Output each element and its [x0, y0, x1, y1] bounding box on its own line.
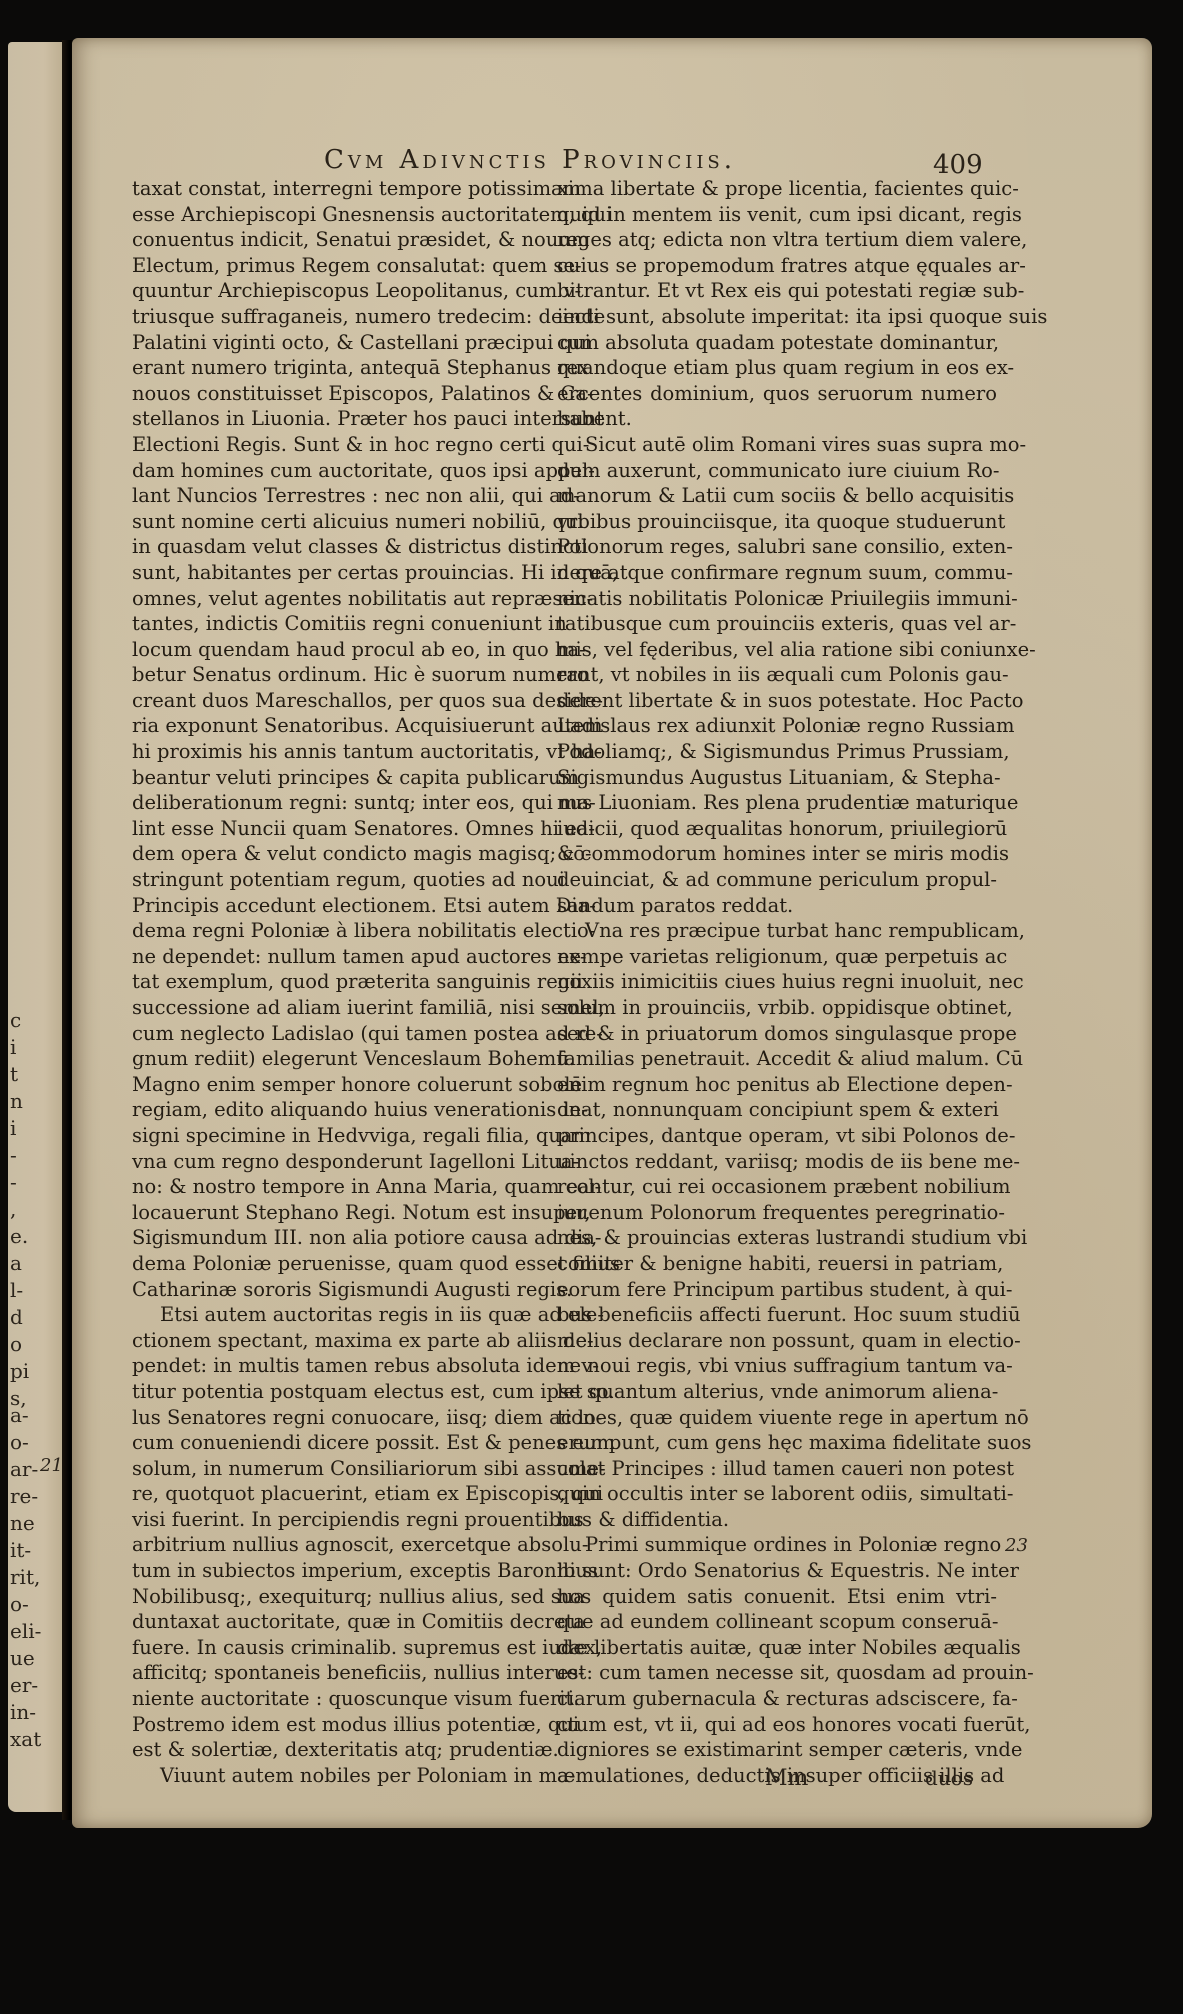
- text-line: nes, & prouincias exteras lustrandi stud…: [557, 1225, 997, 1251]
- text-line: derent libertate & in suos potestate. Ho…: [557, 688, 997, 714]
- text-line: reges atq; edicta non vltra tertium diem…: [557, 227, 997, 253]
- text-line: titur potentia postquam electus est, cum…: [132, 1379, 544, 1405]
- facing-page-fragment: o-: [10, 1432, 29, 1452]
- facing-page-fragment: rit,: [10, 1567, 40, 1587]
- text-line: tiones, quæ quidem viuente rege in apert…: [557, 1405, 997, 1431]
- text-line: duntaxat auctoritate, quæ in Comitiis de…: [132, 1609, 544, 1635]
- text-line: habent.: [557, 406, 997, 432]
- text-line: Sicut autē olim Romani vires suas supra …: [557, 432, 997, 458]
- facing-margin-note: 21: [40, 1455, 63, 1476]
- text-line: reantur, cui rei occasionem præbent nobi…: [557, 1174, 997, 1200]
- text-line: dema regni Poloniæ à libera nobilitatis …: [132, 918, 544, 944]
- text-line: quid in mentem iis venit, cum ipsi dican…: [557, 202, 997, 228]
- text-line: fuere. In causis criminalib. supremus es…: [132, 1635, 544, 1661]
- text-line: est & solertiæ, dexteritatis atq; pruden…: [132, 1737, 544, 1763]
- text-line: signi specimine in Hedvviga, regali fili…: [132, 1123, 544, 1149]
- text-line: vrbibus prouinciisque, ita quoque studue…: [557, 509, 997, 535]
- text-line: quin occultis inter se laborent odiis, s…: [557, 1481, 997, 1507]
- facing-page-fragment: it-: [10, 1540, 31, 1560]
- text-line: deliberationum regni: suntq; inter eos, …: [132, 790, 544, 816]
- text-line: Electum, primus Regem consalutat: quem s…: [132, 253, 544, 279]
- facing-page-fragment: re-: [10, 1486, 38, 1506]
- text-line: dema Poloniæ peruenisse, quam quod esset…: [132, 1251, 544, 1277]
- facing-page-fragment: ue: [10, 1648, 35, 1668]
- text-line: Electioni Regis. Sunt & in hoc regno cer…: [132, 432, 544, 458]
- text-line: tatibusque cum prouinciis exteris, quas …: [557, 611, 997, 637]
- text-line: triusque suffraganeis, numero tredecim: …: [132, 304, 544, 330]
- text-line: dæ libertatis auitæ, quæ inter Nobiles æ…: [557, 1635, 997, 1661]
- text-line: solum in prouinciis, vrbib. oppidisque o…: [557, 995, 997, 1021]
- facing-page-text-fragments: citni--,e.al-dopis,a-o-ar-re-neit-rit,o-…: [8, 42, 68, 1812]
- text-line: sed & in priuatorum domos singulasque pr…: [557, 1021, 997, 1047]
- text-line: re, quotquot placuerint, etiam ex Episco…: [132, 1481, 544, 1507]
- text-line: successione ad aliam iuerint familiā, ni…: [132, 995, 544, 1021]
- text-line: erant numero triginta, antequā Stephanus…: [132, 355, 544, 381]
- text-line: ctionem spectant, maxima ex parte ab ali…: [132, 1328, 544, 1354]
- text-line: pendet: in multis tamen rebus absoluta i…: [132, 1353, 544, 1379]
- text-line: omnes, velut agentes nobilitatis aut rep…: [132, 586, 544, 612]
- text-line: taxat constat, interregni tempore potiss…: [132, 176, 544, 202]
- text-line: nus Liuoniam. Res plena prudentiæ maturi…: [557, 790, 997, 816]
- running-title: Cvm Adivnctis Provinciis.: [230, 145, 830, 175]
- text-line: Etsi autem auctoritas regis in iis quæ a…: [132, 1302, 544, 1328]
- text-line: deuinciat, & ad commune periculum propul…: [557, 867, 997, 893]
- text-line: ria exponunt Senatoribus. Acquisiuerunt …: [132, 713, 544, 739]
- text-line: tantes, indictis Comitiis regni conueniu…: [132, 611, 544, 637]
- text-line: familias penetrauit. Accedit & aliud mal…: [557, 1046, 997, 1072]
- text-line: dum auxerunt, communicato iure ciuium Ro…: [557, 458, 997, 484]
- text-line: locum quendam haud procul ab eo, in quo …: [132, 637, 544, 663]
- text-line: erumpunt, cum gens hęc maxima fidelitate…: [557, 1430, 997, 1456]
- text-line: hi sunt: Ordo Senatorius & Equestris. Ne…: [557, 1558, 997, 1584]
- text-line: hi proximis his annis tantum auctoritati…: [132, 739, 544, 765]
- text-line: cum absoluta quadam potestate dominantur…: [557, 330, 997, 356]
- text-line: ercentes dominium, quos seruorum numero: [557, 381, 997, 407]
- left-text-column: taxat constat, interregni tempore potiss…: [132, 176, 544, 1788]
- facing-page-fragment: er-: [10, 1675, 38, 1695]
- text-line: enim regnum hoc penitus ab Electione dep…: [557, 1072, 997, 1098]
- text-line: stringunt potentiam regum, quoties ad no…: [132, 867, 544, 893]
- text-line: beantur veluti principes & capita public…: [132, 765, 544, 791]
- text-line: esse Archiepiscopi Gnesnensis auctoritat…: [132, 202, 544, 228]
- text-line: Catharinæ sororis Sigismundi Augusti reg…: [132, 1277, 544, 1303]
- text-line: cuius se propemodum fratres atque ęquale…: [557, 253, 997, 279]
- facing-page-edge: citni--,e.al-dopis,a-o-ar-re-neit-rit,o-…: [8, 42, 68, 1812]
- text-line: iuuenum Polonorum frequentes peregrinati…: [557, 1200, 997, 1226]
- text-line: uinctos reddant, variisq; modis de iis b…: [557, 1149, 997, 1175]
- text-line: ne dependet: nullum tamen apud auctores …: [132, 944, 544, 970]
- text-line: iecti sunt, absolute imperitat: ita ipsi…: [557, 304, 997, 330]
- signature-mark: Mm: [765, 1766, 808, 1791]
- text-line: iudicii, quod æqualitas honorum, priuile…: [557, 816, 997, 842]
- facing-page-fragment: a: [10, 1253, 22, 1273]
- text-line: conuentus indicit, Senatui præsidet, & n…: [132, 227, 544, 253]
- text-line: comiter & benigne habiti, reuersi in pat…: [557, 1251, 997, 1277]
- text-line: nempe varietas religionum, quæ perpetuis…: [557, 944, 997, 970]
- text-line: est: cum tamen necesse sit, quosdam ad p…: [557, 1660, 997, 1686]
- text-line: mis, vel fęderibus, vel alia ratione sib…: [557, 637, 997, 663]
- facing-page-fragment: c: [10, 1010, 21, 1030]
- text-line: ctum est, vt ii, qui ad eos honores voca…: [557, 1712, 997, 1738]
- facing-page-fragment: o: [10, 1334, 22, 1354]
- facing-page-fragment: -: [10, 1172, 17, 1192]
- text-line: bus beneficiis affecti fuerunt. Hoc suum…: [557, 1302, 997, 1328]
- text-line: in quasdam velut classes & districtus di…: [132, 534, 544, 560]
- text-line: Nobilibusq;, exequiturq; nullius alius, …: [132, 1584, 544, 1610]
- text-line: niente auctoritate : quoscunque visum fu…: [132, 1686, 544, 1712]
- text-line: manorum & Latii cum sociis & bello acqui…: [557, 483, 997, 509]
- text-line: cum neglecto Ladislao (qui tamen postea …: [132, 1021, 544, 1047]
- text-line: lant Nuncios Terrestres : nec non alii, …: [132, 483, 544, 509]
- text-line: dem opera & velut condicto magis magisq;…: [132, 841, 544, 867]
- text-line: lint esse Nuncii quam Senatores. Omnes h…: [132, 816, 544, 842]
- facing-page-fragment: a-: [10, 1405, 29, 1425]
- text-line: visi fuerint. In percipiendis regni prou…: [132, 1507, 544, 1533]
- facing-page-fragment: ne: [10, 1513, 35, 1533]
- text-line: Polonorum reges, salubri sane consilio, …: [557, 534, 997, 560]
- text-line: bus & diffidentia.: [557, 1507, 997, 1533]
- facing-page-fragment: ar-: [10, 1459, 38, 1479]
- facing-page-fragment: ,: [10, 1199, 16, 1219]
- facing-page-fragment: -: [10, 1145, 17, 1165]
- text-line: solum, in numerum Consiliariorum sibi as…: [132, 1456, 544, 1482]
- text-line: stellanos in Liuonia. Præter hos pauci i…: [132, 406, 544, 432]
- text-line: tat exemplum, quod præterita sanguinis r…: [132, 969, 544, 995]
- text-line: Principis accedunt electionem. Etsi aute…: [132, 893, 544, 919]
- text-line: Sigismundus Augustus Lituaniam, & Stepha…: [557, 765, 997, 791]
- text-line: deat, nonnunquam concipiunt spem & exter…: [557, 1097, 997, 1123]
- text-line: regiam, edito aliquando huius veneration…: [132, 1097, 544, 1123]
- text-line: vna cum regno desponderunt Iagelloni Lit…: [132, 1149, 544, 1175]
- text-line: gnum rediit) elegerunt Venceslaum Bohemū…: [132, 1046, 544, 1072]
- facing-page-fragment: n: [10, 1091, 23, 1111]
- catchword: duos: [925, 1766, 973, 1790]
- text-line: & commodorum homines inter se miris modi…: [557, 841, 997, 867]
- text-line: ne noui regis, vbi vnius suffragium tant…: [557, 1353, 997, 1379]
- text-line: Palatini viginti octo, & Castellani præc…: [132, 330, 544, 356]
- text-line: Postremo idem est modus illius potentiæ,…: [132, 1712, 544, 1738]
- text-line: ciarum gubernacula & recturas adsciscere…: [557, 1686, 997, 1712]
- facing-page-fragment: d: [10, 1307, 23, 1327]
- text-line: bitrantur. Et vt Rex eis qui potestati r…: [557, 278, 997, 304]
- facing-page-fragment: e.: [10, 1226, 28, 1246]
- facing-page-fragment: xat: [10, 1729, 41, 1749]
- text-line: betur Senatus ordinum. Hic è suorum nume…: [132, 662, 544, 688]
- text-line: quuntur Archiepiscopus Leopolitanus, cum…: [132, 278, 544, 304]
- right-margin-note: 23: [1005, 1535, 1028, 1556]
- text-line: colat Principes : illud tamen caueri non…: [557, 1456, 997, 1482]
- text-line: nouos constituisset Episcopos, Palatinos…: [132, 381, 544, 407]
- text-line: Magno enim semper honore coluerunt sobol…: [132, 1072, 544, 1098]
- right-text-column: xima libertate & prope licentia, facient…: [557, 176, 997, 1788]
- text-line: Viuunt autem nobiles per Poloniam in ma-: [132, 1763, 544, 1789]
- text-line: Vna res præcipue turbat hanc rempublicam…: [557, 918, 997, 944]
- text-line: sunt nomine certi alicuius numeri nobili…: [132, 509, 544, 535]
- text-line: que ad eundem collineant scopum conseruā…: [557, 1609, 997, 1635]
- text-line: locauerunt Stephano Regi. Notum est insu…: [132, 1200, 544, 1226]
- facing-page-fragment: pi: [10, 1361, 29, 1381]
- text-line: sandum paratos reddat.: [557, 893, 997, 919]
- facing-page-fragment: l-: [10, 1280, 23, 1300]
- text-line: principes, dantque operam, vt sibi Polon…: [557, 1123, 997, 1149]
- text-line: tum in subiectos imperium, exceptis Baro…: [132, 1558, 544, 1584]
- text-line: no: & nostro tempore in Anna Maria, quam…: [132, 1174, 544, 1200]
- text-line: xima libertate & prope licentia, facient…: [557, 176, 997, 202]
- facing-page-fragment: i: [10, 1118, 16, 1138]
- text-line: let quantum alterius, vnde animorum alie…: [557, 1379, 997, 1405]
- text-line: afficitq; spontaneis beneficiis, nullius…: [132, 1660, 544, 1686]
- text-line: digniores se existimarint semper cæteris…: [557, 1737, 997, 1763]
- facing-page-fragment: o-: [10, 1594, 29, 1614]
- text-line: cum conueniendi dicere possit. Est & pen…: [132, 1430, 544, 1456]
- text-line: dere atque confirmare regnum suum, commu…: [557, 560, 997, 586]
- text-line: sunt, habitantes per certas prouincias. …: [132, 560, 544, 586]
- text-line: nicatis nobilitatis Polonicæ Priuilegiis…: [557, 586, 997, 612]
- text-line: arbitrium nullius agnoscit, exercetque a…: [132, 1532, 544, 1558]
- text-line: noxiis inimicitiis ciues huius regni inu…: [557, 969, 997, 995]
- text-line: Podoliamq;, & Sigismundus Primus Prussia…: [557, 739, 997, 765]
- facing-page-fragment: in-: [10, 1702, 36, 1722]
- text-line: Sigismundum III. non alia potiore causa …: [132, 1225, 544, 1251]
- text-line: creant duos Mareschallos, per quos sua d…: [132, 688, 544, 714]
- text-line: eorum fere Principum partibus student, à…: [557, 1277, 997, 1303]
- text-line: Primi summique ordines in Poloniæ regno: [557, 1532, 997, 1558]
- facing-page-fragment: t: [10, 1064, 18, 1084]
- text-line: lus Senatores regni conuocare, iisq; die…: [132, 1405, 544, 1431]
- text-line: rant, vt nobiles in iis æquali cum Polon…: [557, 662, 997, 688]
- text-line: dam homines cum auctoritate, quos ipsi a…: [132, 458, 544, 484]
- text-line: quandoque etiam plus quam regium in eos …: [557, 355, 997, 381]
- text-line: hos quidem satis conuenit. Etsi enim vtr…: [557, 1584, 997, 1610]
- facing-page-fragment: i: [10, 1037, 16, 1057]
- text-line: Ladislaus rex adiunxit Poloniæ regno Rus…: [557, 713, 997, 739]
- facing-page-fragment: eli-: [10, 1621, 41, 1641]
- text-line: melius declarare non possunt, quam in el…: [557, 1328, 997, 1354]
